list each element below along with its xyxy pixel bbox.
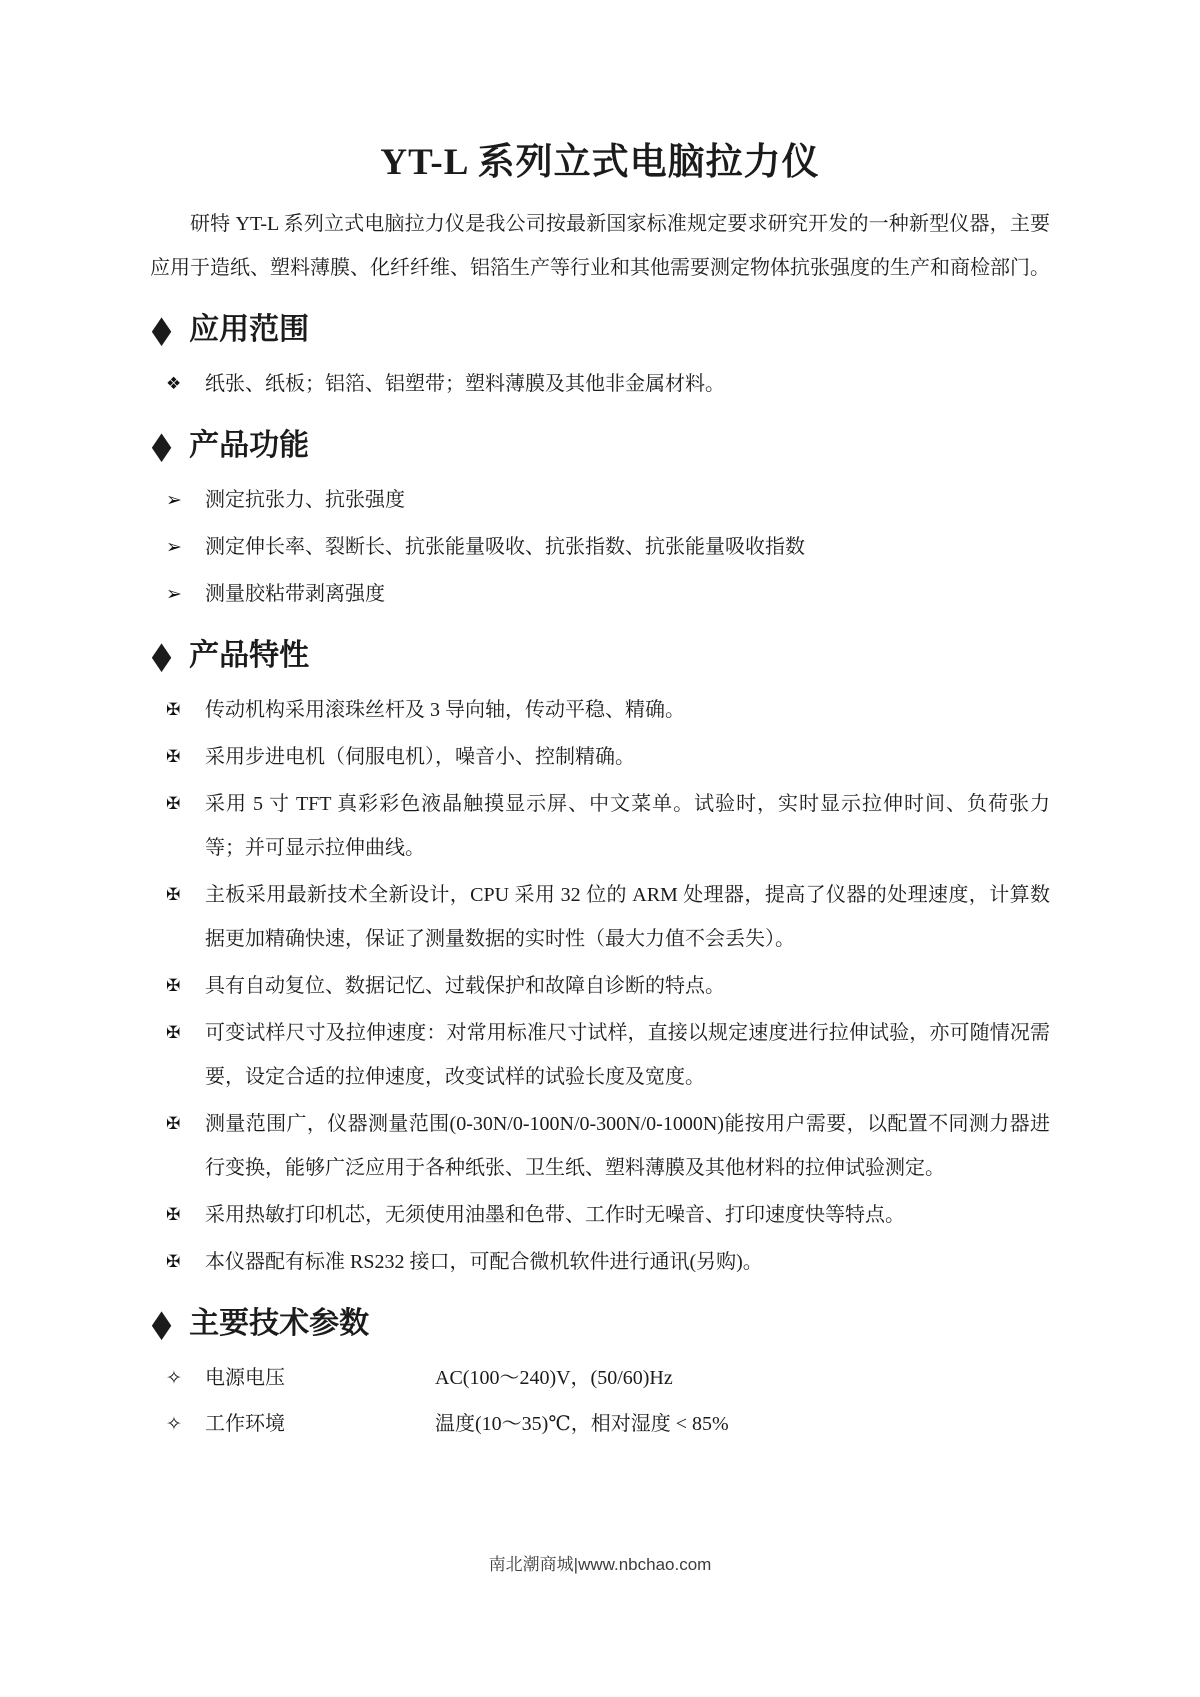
param-value: AC(100～240)V，(50/60)Hz <box>435 1356 673 1400</box>
param-label: 工作环境 <box>205 1402 430 1446</box>
section-heading-label: 主要技术参数 <box>189 1304 369 1344</box>
four-pointed-star-bullet-icon: ✧ <box>166 1402 182 1446</box>
maltese-cross-bullet-icon: ✠ <box>166 873 180 917</box>
list-item-text: 采用热敏打印机芯，无须使用油墨和色带、工作时无噪音、打印速度快等特点。 <box>205 1204 905 1226</box>
list-item-text: 纸张、纸板；铝箔、铝塑带；塑料薄膜及其他非金属材料。 <box>205 373 725 395</box>
list-item: ✠ 采用步进电机（伺服电机），噪音小、控制精确。 <box>150 735 1050 779</box>
list-item: ✠ 采用 5 寸 TFT 真彩彩色液晶触摸显示屏、中文菜单。试验时，实时显示拉伸… <box>150 782 1050 870</box>
list-item: ✠ 主板采用最新技术全新设计，CPU 采用 32 位的 ARM 处理器，提高了仪… <box>150 873 1050 961</box>
list-item-text: 本仪器配有标准 RS232 接口，可配合微机软件进行通讯(另购)。 <box>205 1251 763 1273</box>
maltese-cross-bullet-icon: ✠ <box>166 782 180 826</box>
param-value: 温度(10～35)℃，相对湿度 < 85% <box>435 1402 729 1446</box>
list-item: ✠ 本仪器配有标准 RS232 接口，可配合微机软件进行通讯(另购)。 <box>150 1240 1050 1284</box>
param-row: ✧ 电源电压 AC(100～240)V，(50/60)Hz <box>150 1356 1050 1400</box>
list-item: ➢ 测量胶粘带剥离强度 <box>150 572 1050 616</box>
list-item-text: 采用 5 寸 TFT 真彩彩色液晶触摸显示屏、中文菜单。试验时，实时显示拉伸时间… <box>205 793 1050 859</box>
footer-watermark: 南北潮商城|www.nbchao.com <box>0 1550 1200 1575</box>
maltese-cross-bullet-icon: ✠ <box>166 1193 180 1237</box>
section-heading-product-functions: ◆ 产品功能 <box>150 426 1050 466</box>
list-item-text: 可变试样尺寸及拉伸速度：对常用标准尺寸试样，直接以规定速度进行拉伸试验，亦可随情… <box>205 1022 1050 1088</box>
product-functions-list: ➢ 测定抗张力、抗张强度 ➢ 测定伸长率、裂断长、抗张能量吸收、抗张指数、抗张能… <box>150 478 1050 616</box>
diamond-icon: ◆ <box>152 631 172 681</box>
list-item: ✠ 采用热敏打印机芯，无须使用油墨和色带、工作时无噪音、打印速度快等特点。 <box>150 1193 1050 1237</box>
list-item-text: 主板采用最新技术全新设计，CPU 采用 32 位的 ARM 处理器，提高了仪器的… <box>205 884 1050 950</box>
section-heading-label: 产品特性 <box>189 636 309 676</box>
product-features-list: ✠ 传动机构采用滚珠丝杆及 3 导向轴，传动平稳、精确。 ✠ 采用步进电机（伺服… <box>150 688 1050 1284</box>
list-item-text: 测定伸长率、裂断长、抗张能量吸收、抗张指数、抗张能量吸收指数 <box>205 536 805 558</box>
list-item: ➢ 测定伸长率、裂断长、抗张能量吸收、抗张指数、抗张能量吸收指数 <box>150 525 1050 569</box>
maltese-cross-bullet-icon: ✠ <box>166 1240 180 1284</box>
arrow-bullet-icon: ➢ <box>166 525 182 569</box>
list-item: ✠ 传动机构采用滚珠丝杆及 3 导向轴，传动平稳、精确。 <box>150 688 1050 732</box>
list-item-text: 测量胶粘带剥离强度 <box>205 583 385 605</box>
list-item: ❖ 纸张、纸板；铝箔、铝塑带；塑料薄膜及其他非金属材料。 <box>150 362 1050 406</box>
page-title: YT-L 系列立式电脑拉力仪 <box>150 142 1050 184</box>
maltese-cross-bullet-icon: ✠ <box>166 735 180 779</box>
diamond-bullet-icon: ❖ <box>166 362 181 406</box>
list-item: ➢ 测定抗张力、抗张强度 <box>150 478 1050 522</box>
four-pointed-star-bullet-icon: ✧ <box>166 1356 182 1400</box>
arrow-bullet-icon: ➢ <box>166 478 182 522</box>
technical-parameters-list: ✧ 电源电压 AC(100～240)V，(50/60)Hz ✧ 工作环境 温度(… <box>150 1356 1050 1446</box>
section-heading-label: 产品功能 <box>189 426 309 466</box>
list-item-text: 具有自动复位、数据记忆、过载保护和故障自诊断的特点。 <box>205 975 725 997</box>
section-heading-label: 应用范围 <box>189 310 309 350</box>
maltese-cross-bullet-icon: ✠ <box>166 964 180 1008</box>
list-item-text: 测定抗张力、抗张强度 <box>205 489 405 511</box>
maltese-cross-bullet-icon: ✠ <box>166 688 180 732</box>
document-page: YT-L 系列立式电脑拉力仪 研特 YT-L 系列立式电脑拉力仪是我公司按最新国… <box>0 0 1200 1697</box>
application-scope-list: ❖ 纸张、纸板；铝箔、铝塑带；塑料薄膜及其他非金属材料。 <box>150 362 1050 406</box>
list-item-text: 采用步进电机（伺服电机），噪音小、控制精确。 <box>205 746 635 768</box>
param-row: ✧ 工作环境 温度(10～35)℃，相对湿度 < 85% <box>150 1402 1050 1446</box>
diamond-icon: ◆ <box>152 1299 172 1349</box>
diamond-icon: ◆ <box>152 305 172 355</box>
maltese-cross-bullet-icon: ✠ <box>166 1011 180 1055</box>
maltese-cross-bullet-icon: ✠ <box>166 1102 180 1146</box>
diamond-icon: ◆ <box>152 421 172 471</box>
param-label: 电源电压 <box>205 1356 430 1400</box>
list-item: ✠ 可变试样尺寸及拉伸速度：对常用标准尺寸试样，直接以规定速度进行拉伸试验，亦可… <box>150 1011 1050 1099</box>
list-item-text: 传动机构采用滚珠丝杆及 3 导向轴，传动平稳、精确。 <box>205 699 685 721</box>
section-heading-application-scope: ◆ 应用范围 <box>150 310 1050 350</box>
list-item: ✠ 测量范围广，仪器测量范围(0-30N/0-100N/0-300N/0-100… <box>150 1102 1050 1190</box>
intro-paragraph: 研特 YT-L 系列立式电脑拉力仪是我公司按最新国家标准规定要求研究开发的一种新… <box>150 202 1050 290</box>
list-item-text: 测量范围广，仪器测量范围(0-30N/0-100N/0-300N/0-1000N… <box>205 1113 1050 1179</box>
arrow-bullet-icon: ➢ <box>166 572 182 616</box>
section-heading-product-features: ◆ 产品特性 <box>150 636 1050 676</box>
list-item: ✠ 具有自动复位、数据记忆、过载保护和故障自诊断的特点。 <box>150 964 1050 1008</box>
section-heading-technical-parameters: ◆ 主要技术参数 <box>150 1304 1050 1344</box>
